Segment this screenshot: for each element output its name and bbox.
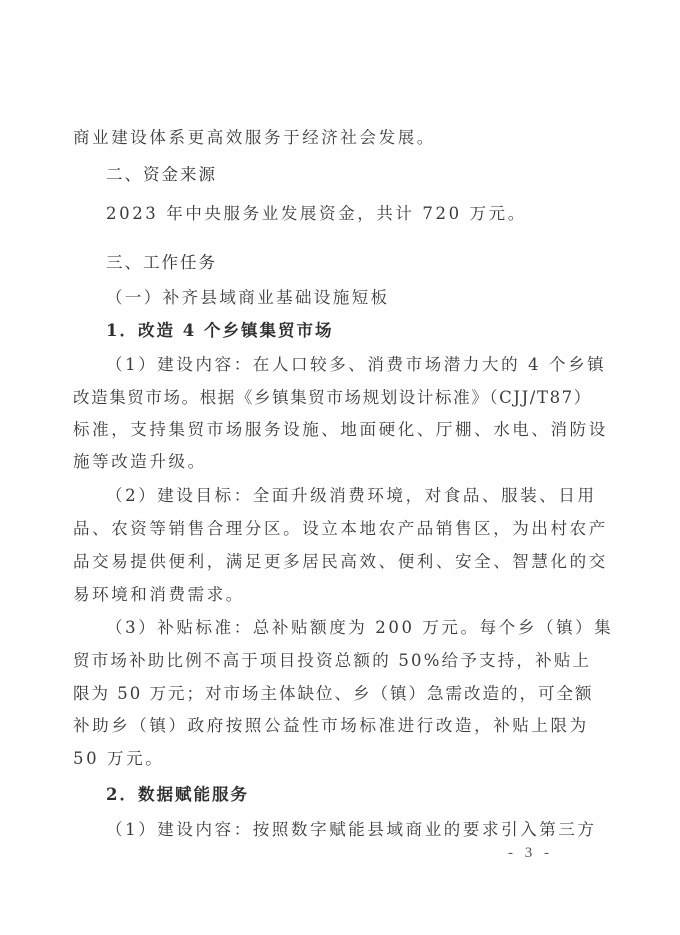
paragraph-line: （1）建设内容：在人口较多、消费市场潜力大的 4 个乡镇 <box>106 354 596 376</box>
paragraph-line: （3）补贴标准：总补贴额度为 200 万元。每个乡（镇）集 <box>106 617 596 639</box>
paragraph-line: （2）建设目标：全面升级消费环境，对食品、服装、日用 <box>106 485 596 507</box>
item-heading-market-upgrade: 1．改造 4 个乡镇集贸市场 <box>106 320 596 342</box>
subsection-heading: （一）补齐县域商业基础设施短板 <box>106 287 596 309</box>
paragraph-line: 品、农资等销售合理分区。设立本地农产品销售区，为出村农产 <box>73 518 563 540</box>
paragraph-line: 品交易提供便利，满足更多居民高效、便利、安全、智慧化的交 <box>73 551 563 573</box>
paragraph-line: 补助乡（镇）政府按照公益性市场标准进行改造，补贴上限为 <box>73 715 563 737</box>
paragraph-line: 50 万元。 <box>73 748 563 770</box>
section-heading-work-tasks: 三、工作任务 <box>106 252 596 274</box>
paragraph-line: 施等改造升级。 <box>73 451 563 473</box>
paragraph-line: 标准，支持集贸市场服务设施、地面硬化、厅棚、水电、消防设 <box>73 419 563 441</box>
section-heading-funding-source: 二、资金来源 <box>106 164 596 186</box>
paragraph-line: 2023 年中央服务业发展资金，共计 720 万元。 <box>106 203 596 225</box>
document-page: 商业建设体系更高效服务于经济社会发展。 二、资金来源 2023 年中央服务业发展… <box>0 0 680 935</box>
paragraph-line: 易环境和消费需求。 <box>73 584 563 606</box>
paragraph-line: 贸市场补助比例不高于项目投资总额的 50%给予支持，补贴上 <box>73 650 563 672</box>
paragraph-line: 改造集贸市场。根据《乡镇集贸市场规划设计标准》（CJJ/T87） <box>73 387 563 409</box>
paragraph-line: （1）建设内容：按照数字赋能县域商业的要求引入第三方 <box>106 819 596 841</box>
paragraph-line: 限为 50 万元；对市场主体缺位、乡（镇）急需改造的，可全额 <box>73 683 563 705</box>
item-heading-data-empowerment: 2．数据赋能服务 <box>106 784 596 806</box>
page-number: - 3 - <box>508 845 553 862</box>
paragraph-line: 商业建设体系更高效服务于经济社会发展。 <box>73 127 563 149</box>
